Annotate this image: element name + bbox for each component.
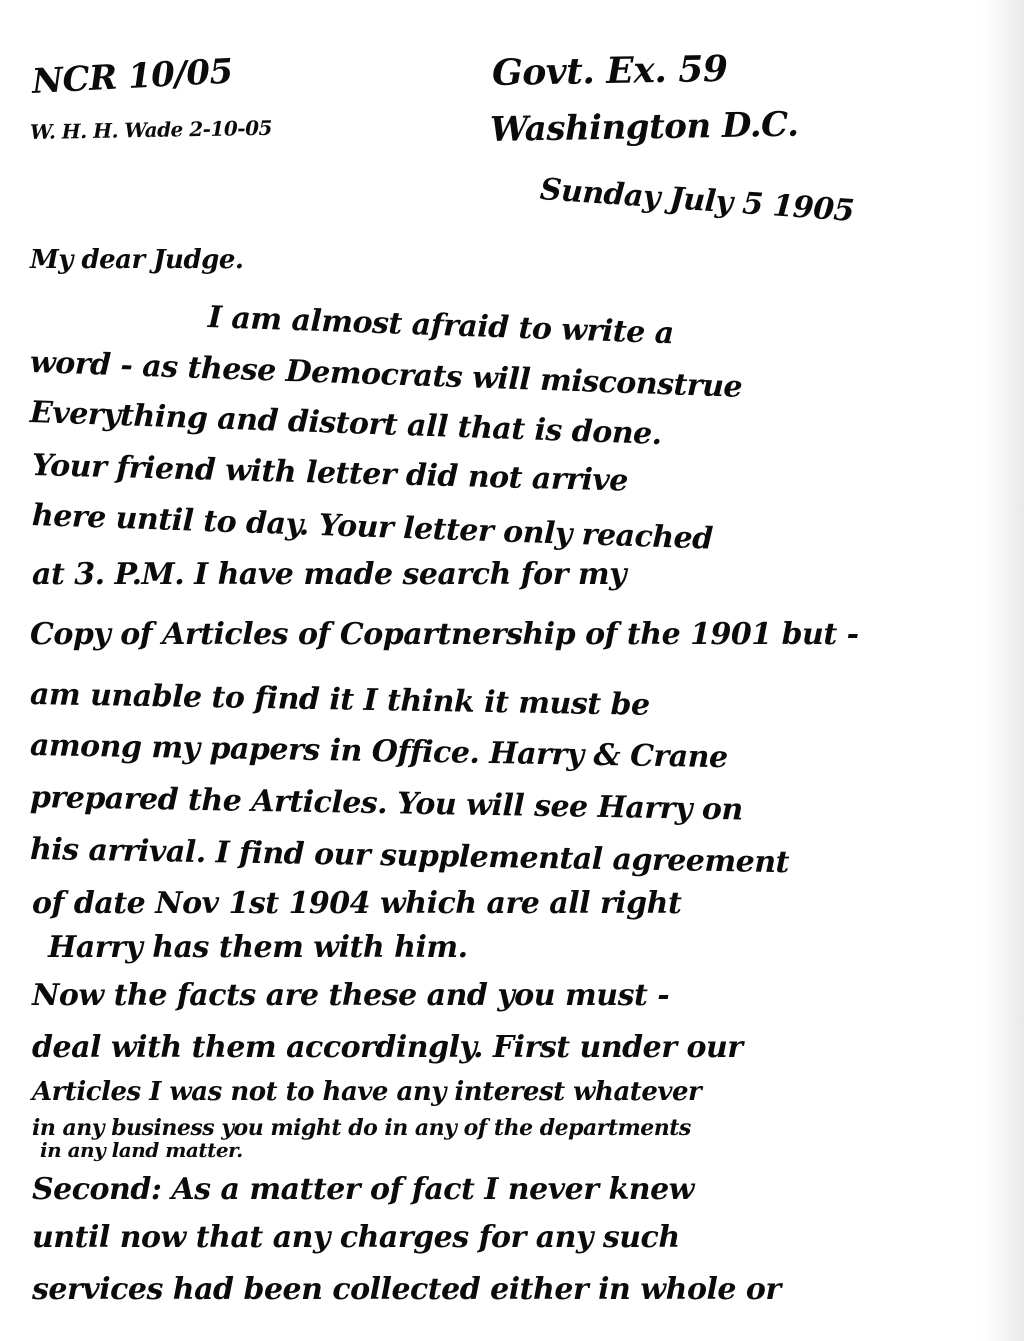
body-line: his arrival. I find our supplemental agr… [30,832,790,880]
body-line: of date Nov 1st 1904 which are all right [32,886,681,921]
body-line: Copy of Articles of Copartnership of the… [30,617,859,652]
file-mark-annotation: NCR 10/05 [31,52,234,102]
body-line: Second: As a matter of fact I never knew [32,1172,694,1207]
body-line: I am almost afraid to write a [207,300,674,351]
address-line-2: Washington D.C. [490,105,799,150]
body-line: Harry has them with him. [48,930,468,965]
body-line: Everything and distort all that is done. [29,395,662,452]
reference-annotation: W. H. H. Wade 2-10-05 [30,116,272,144]
date-line: Sunday July 5 1905 [539,172,855,229]
body-line: until now that any charges for any such [32,1220,680,1255]
body-line: word - as these Democrats will misconstr… [29,345,742,405]
body-line: services had been collected either in wh… [32,1272,781,1307]
page-edge-shadow [980,0,1024,1341]
body-line: Now the facts are these and you must - [32,978,669,1013]
salutation: My dear Judge. [30,245,243,275]
body-line: in any land matter. [40,1138,243,1162]
body-line: at 3. P.M. I have made search for my [32,557,626,592]
body-line: prepared the Articles. You will see Harr… [30,780,743,827]
address-line-1: Govt. Ex. 59 [492,48,728,94]
body-line: deal with them accordingly. First under … [32,1030,743,1065]
body-line: am unable to find it I think it must be [30,677,650,723]
body-line: Your friend with letter did not arrive [32,448,629,499]
body-line: among my papers in Office. Harry & Crane [30,728,728,775]
body-line: here until to day. Your letter only reac… [31,498,713,557]
body-line: Articles I was not to have any interest … [32,1077,701,1107]
